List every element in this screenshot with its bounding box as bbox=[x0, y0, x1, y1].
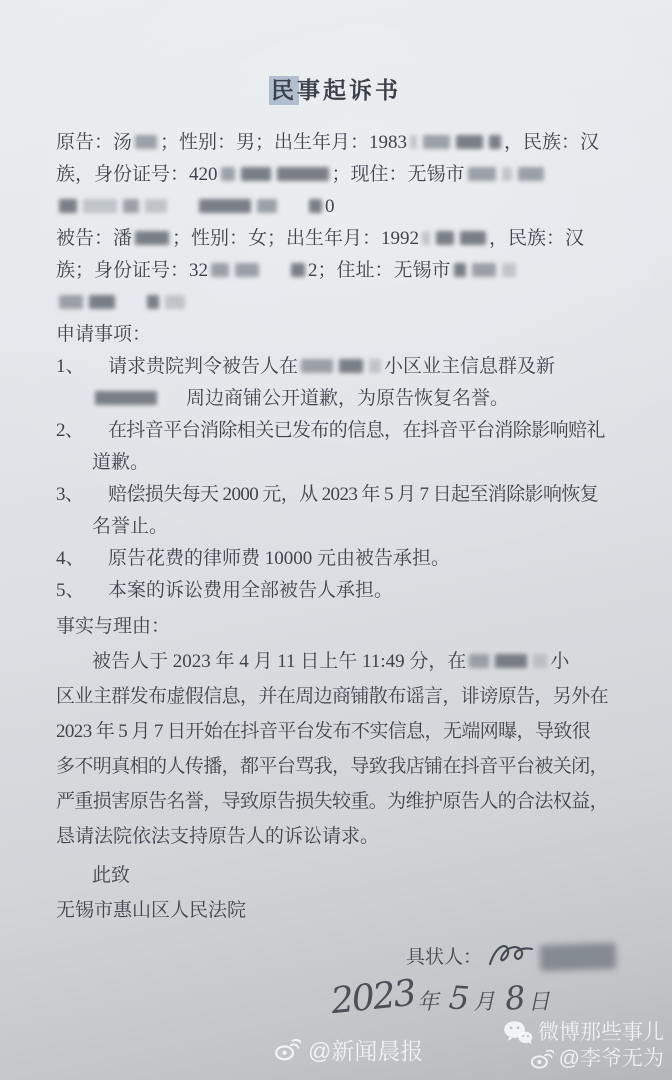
text-segment: ，民族：汉 bbox=[504, 132, 599, 153]
redacted-segment bbox=[410, 135, 417, 149]
date-day-unit: 日 bbox=[527, 981, 551, 1026]
redacted-segment bbox=[339, 359, 363, 373]
redacted-segment bbox=[257, 199, 277, 213]
wechat-icon bbox=[503, 1020, 533, 1046]
weibo-icon bbox=[274, 1036, 301, 1063]
date-year: 2023 bbox=[329, 972, 417, 1025]
redacted-segment bbox=[123, 199, 139, 213]
text-segment: 在抖音平台消除相关已发布的信息，在抖音平台消除影响赔礼 bbox=[108, 420, 605, 441]
signer-line: 具状人： bbox=[56, 938, 632, 976]
text-segment: 原告：汤 bbox=[56, 132, 132, 153]
facts-line-6: 恳请法院依法支持原告人的诉讼请求。 bbox=[56, 819, 632, 854]
document-body: 原告：汤；性别：男；出生年月：1983，民族：汉 族，身份证号：420；现住：无… bbox=[56, 127, 632, 1026]
redacted-segment bbox=[454, 263, 466, 277]
defendant-line-1: 被告：潘；性别：女；出生年月：1992，民族：汉 bbox=[56, 223, 632, 255]
signer-label: 具状人： bbox=[406, 947, 482, 968]
redacted-segment bbox=[472, 263, 496, 277]
claim-number: 1、 bbox=[56, 351, 108, 383]
handwritten-signature bbox=[486, 938, 538, 972]
weibo-icon bbox=[530, 1047, 554, 1071]
watermark-right-row-1: 微博那些事儿 bbox=[503, 1020, 664, 1046]
watermark-right-row-2: @李爷无为 bbox=[503, 1046, 664, 1072]
handwritten-date: 2023年5月8日 bbox=[56, 976, 632, 1026]
text-segment: 小 bbox=[550, 651, 569, 672]
redacted-segment bbox=[165, 295, 185, 309]
text-segment: 2；住址：无锡市 bbox=[308, 260, 451, 281]
redacted-segment bbox=[469, 654, 489, 668]
redacted-segment bbox=[369, 359, 381, 373]
watermark-left-handle: @新闻晨报 bbox=[308, 1033, 423, 1066]
watermark-right: 微博那些事儿 @李爷无为 bbox=[503, 1020, 664, 1072]
claim-4: 4、原告花费的律师费 10000 元由被告承担。 bbox=[56, 543, 632, 575]
text-segment: 小区业主信息群及新 bbox=[384, 356, 555, 377]
claim-3-line-2: 名誉止。 bbox=[56, 511, 632, 543]
date-month-unit: 月 bbox=[472, 981, 496, 1026]
text-segment: ；性别：女；出生年月：1992 bbox=[172, 228, 419, 249]
watermark-right-handle: @李爷无为 bbox=[559, 1046, 664, 1072]
document-photo: 民事起诉书 原告：汤；性别：男；出生年月：1983，民族：汉 族，身份证号：42… bbox=[0, 0, 672, 1080]
redacted-segment bbox=[59, 199, 77, 213]
redacted-segment bbox=[199, 199, 251, 213]
redacted-segment bbox=[533, 654, 547, 668]
defendant-line-3 bbox=[56, 287, 632, 319]
redacted-segment bbox=[221, 167, 235, 181]
redacted-segment bbox=[59, 295, 83, 309]
claim-3-line-1: 3、赔偿损失每天 2000 元，从 2023 年 5 月 7 日起至消除影响恢复 bbox=[56, 479, 632, 511]
claim-5: 5、本案的诉讼费用全部被告人承担。 bbox=[56, 575, 632, 607]
plaintiff-line-1: 原告：汤；性别：男；出生年月：1983，民族：汉 bbox=[56, 127, 632, 159]
redacted-segment bbox=[135, 135, 157, 149]
claim-number: 4、 bbox=[56, 543, 108, 575]
text-segment: 道歉。 bbox=[92, 452, 149, 473]
text-segment: 被告人于 2023 年 4 月 11 日上午 11:49 分，在 bbox=[92, 651, 466, 672]
date-day: 8 bbox=[503, 975, 527, 1021]
redacted-segment bbox=[502, 263, 516, 277]
redacted-segment bbox=[291, 263, 305, 277]
section-claims-header: 申请事项： bbox=[56, 319, 632, 351]
claim-number: 3、 bbox=[56, 479, 108, 511]
redacted-segment bbox=[95, 391, 157, 405]
date-year-unit: 年 bbox=[416, 981, 440, 1026]
defendant-line-2: 族；身份证号：322；住址：无锡市 bbox=[56, 255, 632, 287]
redacted-segment bbox=[83, 199, 117, 213]
title-highlighted-char: 民 bbox=[271, 78, 297, 103]
redacted-segment bbox=[89, 295, 115, 309]
court-name: 无锡市惠山区人民法院 bbox=[56, 893, 632, 928]
watermark-right-name: 微博那些事儿 bbox=[538, 1020, 664, 1046]
section-facts-header: 事实与理由： bbox=[56, 609, 632, 644]
claim-number: 2、 bbox=[56, 415, 108, 447]
text-segment: 名誉止。 bbox=[92, 516, 168, 537]
redacted-segment bbox=[301, 359, 333, 373]
claim-2-line-1: 2、在抖音平台消除相关已发布的信息，在抖音平台消除影响赔礼 bbox=[56, 415, 632, 447]
redacted-segment bbox=[436, 231, 454, 245]
redacted-segment bbox=[489, 135, 501, 149]
claim-1-line-1: 1、请求贵院判令被告人在小区业主信息群及新 bbox=[56, 351, 632, 383]
claim-2-line-2: 道歉。 bbox=[56, 447, 632, 479]
redacted-segment bbox=[135, 231, 169, 245]
text-segment: 被告：潘 bbox=[56, 228, 132, 249]
document-title: 民事起诉书 bbox=[0, 0, 672, 105]
redacted-segment bbox=[211, 263, 229, 277]
text-segment: 族，身份证号：420 bbox=[56, 164, 218, 185]
watermark-left: @新闻晨报 bbox=[274, 1033, 423, 1066]
text-segment: 周边商铺公开道歉，为原告恢复名誉。 bbox=[186, 388, 509, 409]
redacted-segment bbox=[422, 231, 430, 245]
redacted-segment bbox=[309, 199, 322, 213]
text-segment: ；性别：男；出生年月：1983 bbox=[160, 132, 407, 153]
redacted-segment bbox=[468, 167, 496, 181]
text-segment: 原告花费的律师费 10000 元由被告承担。 bbox=[108, 548, 450, 569]
claim-number: 5、 bbox=[56, 575, 108, 607]
text-segment: ；现住：无锡市 bbox=[332, 164, 465, 185]
facts-line-2: 区业主群发布虚假信息，并在周边商铺散布谣言，诽谤原告，另外在 bbox=[56, 679, 632, 714]
redacted-segment bbox=[277, 167, 329, 181]
redacted-segment bbox=[235, 263, 259, 277]
claim-1-line-2: 周边商铺公开道歉，为原告恢复名誉。 bbox=[56, 383, 632, 415]
redacted-segment bbox=[460, 231, 486, 245]
facts-line-3: 2023 年 5 月 7 日开始在抖音平台发布不实信息，无端网曝，导致很 bbox=[56, 714, 632, 749]
date-month: 5 bbox=[448, 975, 471, 1020]
facts-line-5: 严重损害原告名誉，导致原告损失较重。为维护原告人的合法权益， bbox=[56, 784, 632, 819]
facts-line-4: 多不明真相的人传播，都平台骂我，导致我店铺在抖音平台被关闭， bbox=[56, 749, 632, 784]
facts-line-1: 被告人于 2023 年 4 月 11 日上午 11:49 分，在小 bbox=[56, 644, 632, 679]
redacted-segment bbox=[518, 167, 544, 181]
plaintiff-line-3: 0 bbox=[56, 191, 632, 223]
text-segment: 请求贵院判令被告人在 bbox=[108, 356, 298, 377]
text-segment: 0 bbox=[325, 196, 335, 217]
text-segment: 族；身份证号：32 bbox=[56, 260, 208, 281]
closing-salute: 此致 bbox=[56, 858, 632, 893]
redacted-segment bbox=[145, 199, 167, 213]
title-rest: 事起诉书 bbox=[297, 78, 401, 103]
redacted-segment bbox=[502, 167, 512, 181]
text-segment: 赔偿损失每天 2000 元，从 2023 年 5 月 7 日起至消除影响恢复 bbox=[108, 484, 598, 505]
redacted-segment bbox=[456, 135, 483, 149]
redacted-segment bbox=[241, 167, 271, 181]
redacted-segment bbox=[147, 295, 159, 309]
text-segment: ，民族：汉 bbox=[489, 228, 584, 249]
redacted-segment bbox=[423, 135, 450, 149]
redacted-segment bbox=[495, 654, 527, 668]
text-segment: 本案的诉讼费用全部被告人承担。 bbox=[108, 580, 393, 601]
plaintiff-line-2: 族，身份证号：420；现住：无锡市 bbox=[56, 159, 632, 191]
redacted-signature bbox=[540, 943, 617, 972]
